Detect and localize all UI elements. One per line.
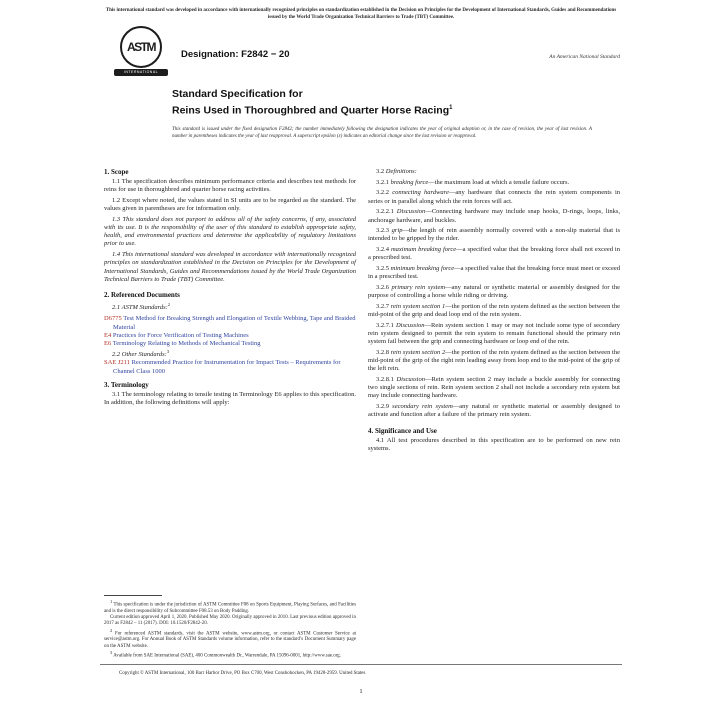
significance-4-1: 4.1 All test procedures described in thi… [368, 437, 620, 453]
definition-3-2-6: 3.2.6 primary rein system—any natural or… [368, 284, 620, 300]
footnote-2: 2 For referenced ASTM standards, visit t… [104, 628, 356, 651]
designation-label: Designation: F2842 − 20 [181, 49, 290, 60]
footnote-3: 3 Available from SAE International (SAE)… [104, 650, 356, 660]
title-main: Reins Used in Thoroughbred and Quarter H… [172, 102, 612, 118]
wto-disclaimer: This international standard was develope… [100, 8, 622, 21]
ref-code-link[interactable]: SAE J211 [104, 359, 130, 366]
scope-1-4: 1.4 This international standard was deve… [104, 251, 356, 284]
body-columns: 1. Scope 1.1 The specification describes… [104, 168, 620, 660]
footnotes-block: 1 This specification is under the jurisd… [104, 595, 356, 660]
other-standards-label: 2.2 Other Standards:3 [104, 348, 356, 359]
reference-item: E4 Practices for Force Verification of T… [104, 332, 356, 340]
reference-item: E6 Terminology Relating to Methods of Me… [104, 340, 356, 348]
definition-3-2-7: 3.2.7 rein system section 1—the portion … [368, 303, 620, 319]
definition-3-2-2-1: 3.2.2.1 Discussion—Connecting hardware m… [368, 208, 620, 224]
scope-heading: 1. Scope [104, 168, 356, 176]
ref-code-link[interactable]: D6775 [104, 315, 122, 322]
right-column: 3.2 Definitions: 3.2.1 breaking force—th… [368, 168, 620, 660]
ref-code-link[interactable]: E6 [104, 340, 111, 347]
significance-heading: 4. Significance and Use [368, 427, 620, 435]
left-column: 1. Scope 1.1 The specification describes… [104, 168, 356, 660]
definition-3-2-8-1: 3.2.8.1 Discussion—Rein system section 2… [368, 376, 620, 401]
terminology-heading: 3. Terminology [104, 381, 356, 389]
footnote-separator [104, 595, 162, 596]
scope-1-2: 1.2 Except where noted, the values state… [104, 197, 356, 213]
ref-title-link[interactable]: Practices for Force Verification of Test… [113, 332, 249, 339]
definition-3-2-7-1: 3.2.7.1 Discussion—Rein system section 1… [368, 322, 620, 347]
ref-title-link[interactable]: Terminology Relating to Methods of Mecha… [113, 340, 261, 347]
definition-3-2-9: 3.2.9 secondary rein system—any natural … [368, 403, 620, 419]
astm-logo: ASTM INTERNATIONAL [112, 26, 170, 76]
astm-standards-label: 2.1 ASTM Standards:2 [104, 301, 356, 312]
footnote-ref-3: 3 [167, 349, 169, 354]
national-standard-note: An American National Standard [549, 54, 620, 60]
document-title: Standard Specification for Reins Used in… [172, 88, 612, 118]
definition-3-2-3: 3.2.3 grip—the length of rein assembly n… [368, 227, 620, 243]
title-footnote-ref: 1 [449, 105, 452, 111]
page-number: 1 [0, 688, 722, 695]
definitions-label: 3.2 Definitions: [368, 168, 620, 176]
definition-3-2-1: 3.2.1 breaking force—the maximum load at… [368, 179, 620, 187]
issuance-note: This standard is issued under the fixed … [172, 127, 592, 140]
ref-title-link[interactable]: Recommended Practice for Instrumentation… [113, 359, 341, 374]
footer-separator [100, 664, 622, 665]
reference-item: D6775 Test Method for Breaking Strength … [104, 315, 356, 331]
scope-1-3: 1.3 This standard does not purport to ad… [104, 216, 356, 249]
ref-code-link[interactable]: E4 [104, 332, 111, 339]
definition-3-2-5: 3.2.5 minimum breaking force—a specified… [368, 265, 620, 281]
definition-3-2-4: 3.2.4 maximum breaking force—a specified… [368, 246, 620, 262]
footnote-edition: Current edition approved April 1, 2020. … [104, 615, 356, 628]
footnote-ref-2: 2 [168, 302, 170, 307]
astm-document-page: This international standard was develope… [0, 0, 722, 722]
astm-logo-subtitle: INTERNATIONAL [114, 69, 168, 76]
referenced-documents-heading: 2. Referenced Documents [104, 291, 356, 299]
scope-1-1: 1.1 The specification describes minimum … [104, 178, 356, 194]
title-kicker: Standard Specification for [172, 88, 612, 102]
terminology-3-1: 3.1 The terminology relating to tensile … [104, 391, 356, 407]
definition-3-2-2: 3.2.2 connecting hardware—any hardware t… [368, 189, 620, 205]
reference-item: SAE J211 Recommended Practice for Instru… [104, 359, 356, 375]
ref-title-link[interactable]: Test Method for Breaking Strength and El… [113, 315, 355, 330]
definition-3-2-8: 3.2.8 rein system section 2—the portion … [368, 349, 620, 374]
copyright-notice: Copyright © ASTM International, 100 Barr… [119, 671, 619, 676]
astm-logo-icon: ASTM [120, 26, 162, 68]
footnote-1: 1 This specification is under the jurisd… [104, 599, 356, 615]
e6-link[interactable]: E6 [274, 391, 281, 398]
